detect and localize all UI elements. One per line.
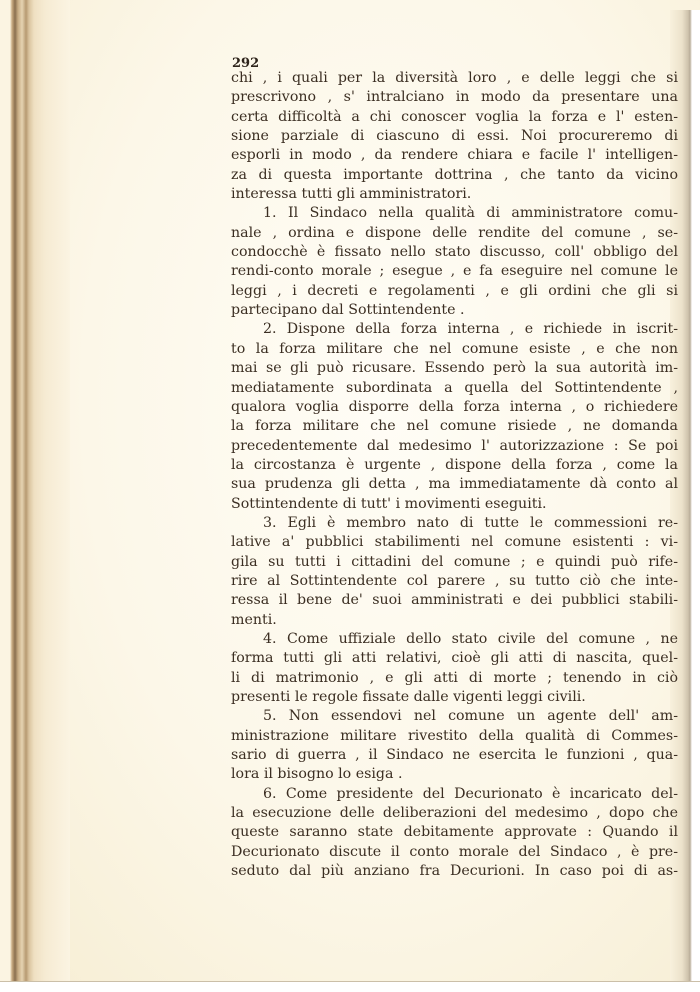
text-line: li di matrimonio , e gli atti di morte ;… [231, 669, 678, 688]
text-line: ministrazione militare rivestito della q… [231, 727, 678, 746]
text-line: certa difficoltà a chi conoscer voglia l… [231, 108, 678, 127]
text-line: presenti le regole fissate dalle vigenti… [231, 688, 678, 707]
text-line: sione parziale di ciascuno di essi. Noi … [231, 127, 678, 146]
text-line: rire al Sottintendente col parere , su t… [231, 572, 678, 591]
text-line: chi , i quali per la diversità loro , e … [231, 69, 678, 88]
text-line: esporli in modo , da rendere chiara e fa… [231, 146, 678, 165]
body-text: chi , i quali per la diversità loro , e … [231, 69, 678, 881]
text-line: qualora voglia disporre della forza inte… [231, 398, 678, 417]
text-line: 3. Egli è membro nato di tutte le commes… [231, 514, 678, 533]
text-line: la esecuzione delle deliberazioni del me… [231, 804, 678, 823]
text-line: menti. [231, 611, 678, 630]
text-line: 5. Non essendovi nel comune un agente de… [231, 707, 678, 726]
text-line: Sottintendente di tutt' i movimenti eseg… [231, 495, 678, 514]
text-line: la forza militare che nel comune risiede… [231, 417, 678, 436]
text-line: precedentemente dal medesimo l' autorizz… [231, 437, 678, 456]
text-line: za di questa importante dottrina , che t… [231, 166, 678, 185]
book-gutter [0, 0, 70, 985]
text-line: ressa il bene de' suoi amministrati e de… [231, 591, 678, 610]
text-line: sua prudenza gli detta , ma immediatamen… [231, 475, 678, 494]
text-line: 2. Dispone della forza interna , e richi… [231, 320, 678, 339]
text-line: lative a' pubblici stabilimenti nel comu… [231, 533, 678, 552]
text-line: interessa tutti gli amministratori. [231, 185, 678, 204]
text-line: forma tutti gli atti relativi, cioè gli … [231, 649, 678, 668]
text-line: la circostanza è urgente , dispone della… [231, 456, 678, 475]
text-line: gila su tutti i cittadini del comune ; e… [231, 553, 678, 572]
text-line: prescrivono , s' intralciano in modo da … [231, 88, 678, 107]
text-line: 1. Il Sindaco nella qualità di amministr… [231, 204, 678, 223]
text-line: mediatamente subordinata a quella del So… [231, 379, 678, 398]
text-line: queste saranno state debitamente approva… [231, 823, 678, 842]
text-line: 4. Come uffiziale dello stato civile del… [231, 630, 678, 649]
text-line: leggi , i decreti e regolamenti , e gli … [231, 282, 678, 301]
page-bottom-edge [0, 981, 700, 992]
text-line: Decurionato discute il conto morale del … [231, 843, 678, 862]
text-line: nale , ordina e dispone delle rendite de… [231, 224, 678, 243]
text-line: rendi-conto morale ; esegue , e fa esegu… [231, 262, 678, 281]
text-line: seduto dal più anziano fra Decurioni. In… [231, 862, 678, 881]
text-line: lora il bisogno lo esiga . [231, 765, 678, 784]
text-line: condocchè è fissato nello stato discusso… [231, 243, 678, 262]
text-line: 6. Come presidente del Decurionato è inc… [231, 785, 678, 804]
text-line: sario di guerra , il Sindaco ne esercita… [231, 746, 678, 765]
text-line: mai se gli può ricusare. Essendo però la… [231, 359, 678, 378]
text-line: partecipano dal Sottintendente . [231, 301, 678, 320]
text-line: to la forza militare che nel comune esis… [231, 340, 678, 359]
